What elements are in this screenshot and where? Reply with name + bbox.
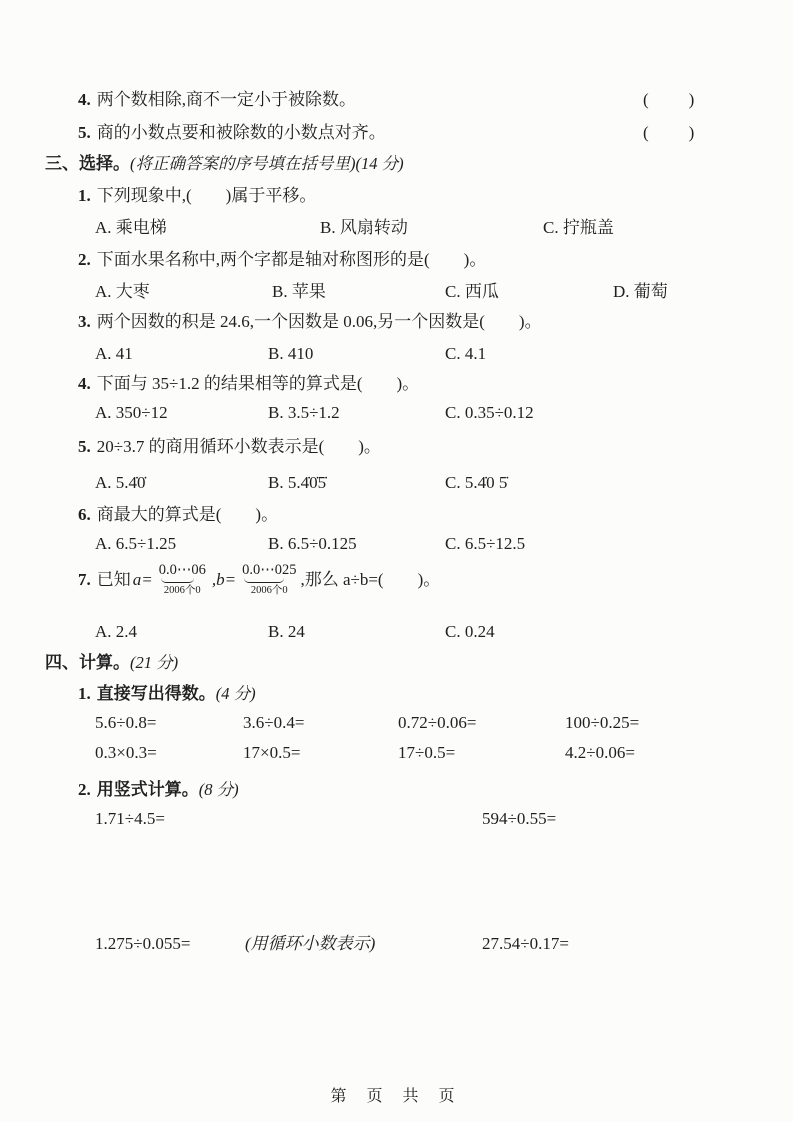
judge-item-5-answer-bracket: ( ) [643,122,696,144]
choice-q1-stem: 1.下列现象中,( )属于平移。 [78,185,316,207]
calc-sub1-number: 1. [78,684,97,703]
section-choice-heading: 三、选择。(将正确答案的序号填在括号里)(14 分) [45,153,404,175]
choice-q6-text: 商最大的算式是( )。 [97,505,278,524]
choice-q2-text: 下面水果名称中,两个字都是轴对称图形的是( )。 [97,250,487,269]
mental-math-item: 100÷0.25= [565,712,639,734]
choice-q2-option-a: A. 大枣 [95,281,150,303]
mental-math-item: 3.6÷0.4= [243,712,304,734]
calc-sub2-title: 用竖式计算。 [97,780,199,799]
calc-sub1-heading: 1.直接写出得数。(4 分) [78,683,256,705]
page-footer: 第 页 共 页 [0,1083,793,1106]
choice-q7-var-b: ,b= [210,569,238,591]
choice-q1-option-c: C. 拧瓶盖 [543,217,614,239]
choice-q4-option-a: A. 350÷12 [95,402,168,424]
section-choice-title: 三、选择。 [45,154,130,173]
choice-q7-option-a: A. 2.4 [95,621,137,643]
choice-q5-option-c: C. 5.4̇0 5̇ [445,472,507,494]
choice-q4-number: 4. [78,374,97,393]
judge-item-5-number: 5. [78,123,97,142]
choice-q7-number: 7. [78,569,97,591]
underbrace-icon [244,578,284,583]
choice-q7-option-c: C. 0.24 [445,621,495,643]
underbrace-expression-b: 0.0⋯025 2006个0 [242,563,296,597]
vertical-calc-problem-1: 1.71÷4.5= [95,808,165,830]
choice-q5-text: 20÷3.7 的商用循环小数表示是( )。 [97,437,381,456]
choice-q2-number: 2. [78,250,97,269]
judge-item-4-text: 两个数相除,商不一定小于被除数。 [97,90,356,109]
choice-q4-option-c: C. 0.35÷0.12 [445,402,534,424]
underbrace-a-value: 0.0⋯06 [159,563,206,578]
choice-q7-var-a: a= [131,569,155,591]
choice-q5-number: 5. [78,437,97,456]
choice-q5-option-b: B. 5.4̇0̇5̇ [268,472,326,494]
choice-q4-text: 下面与 35÷1.2 的结果相等的算式是( )。 [97,374,419,393]
choice-q4-option-b: B. 3.5÷1.2 [268,402,340,424]
choice-q2-option-b: B. 苹果 [272,281,326,303]
judge-item-4-number: 4. [78,90,97,109]
judge-item-5: 5.商的小数点要和被除数的小数点对齐。 [78,122,386,144]
choice-q3-number: 3. [78,312,97,331]
calc-sub2-heading: 2.用竖式计算。(8 分) [78,779,239,801]
choice-q2-option-d: D. 葡萄 [613,281,668,303]
choice-q7-lead-text: 已知 [97,569,131,591]
mental-math-item: 17÷0.5= [398,742,455,764]
worksheet-page: 4.两个数相除,商不一定小于被除数。 ( ) 5.商的小数点要和被除数的小数点对… [0,0,793,1122]
choice-q3-option-a: A. 41 [95,343,133,365]
underbrace-a-count: 2006个0 [164,585,201,597]
mental-math-item: 17×0.5= [243,742,300,764]
judge-item-4: 4.两个数相除,商不一定小于被除数。 [78,89,356,111]
choice-q3-option-c: C. 4.1 [445,343,486,365]
section-calc-heading: 四、计算。(21 分) [45,652,178,674]
calc-sub1-title: 直接写出得数。 [97,684,216,703]
mental-math-item: 4.2÷0.06= [565,742,635,764]
choice-q1-option-b: B. 风扇转动 [320,217,408,239]
section-calc-note: (21 分) [130,653,178,672]
mental-math-item: 0.72÷0.06= [398,712,476,734]
vertical-calc-problem-4: 27.54÷0.17= [482,933,569,955]
calc-sub2-points: (8 分) [199,780,239,799]
section-choice-note: (将正确答案的序号填在括号里)(14 分) [130,154,404,173]
choice-q6-number: 6. [78,505,97,524]
choice-q6-option-c: C. 6.5÷12.5 [445,533,525,555]
choice-q3-text: 两个因数的积是 24.6,一个因数是 0.06,另一个因数是( )。 [97,312,542,331]
choice-q4-stem: 4.下面与 35÷1.2 的结果相等的算式是( )。 [78,373,419,395]
choice-q7-stem: 7. 已知 a= 0.0⋯06 2006个0 ,b= 0.0⋯025 2006个… [78,563,440,597]
choice-q7-option-b: B. 24 [268,621,305,643]
mental-math-item: 5.6÷0.8= [95,712,156,734]
choice-q6-stem: 6.商最大的算式是( )。 [78,504,278,526]
calc-sub1-points: (4 分) [216,684,256,703]
choice-q6-option-a: A. 6.5÷1.25 [95,533,176,555]
vertical-calc-problem-2: 594÷0.55= [482,808,556,830]
choice-q1-number: 1. [78,186,97,205]
vertical-calc-problem-3: 1.275÷0.055= [95,933,190,955]
choice-q6-option-b: B. 6.5÷0.125 [268,533,357,555]
choice-q3-stem: 3.两个因数的积是 24.6,一个因数是 0.06,另一个因数是( )。 [78,311,542,333]
choice-q5-stem: 5.20÷3.7 的商用循环小数表示是( )。 [78,436,381,458]
section-calc-title: 四、计算。 [45,653,130,672]
choice-q1-option-a: A. 乘电梯 [95,217,167,239]
underbrace-b-count: 2006个0 [251,585,288,597]
underbrace-b-value: 0.0⋯025 [242,563,296,578]
choice-q1-text: 下列现象中,( )属于平移。 [97,186,317,205]
judge-item-5-text: 商的小数点要和被除数的小数点对齐。 [97,123,386,142]
choice-q7-tail-text: ,那么 a÷b=( )。 [300,569,440,591]
judge-item-4-answer-bracket: ( ) [643,89,696,111]
choice-q5-option-a: A. 5.4̇0̇ [95,472,146,494]
underbrace-expression-a: 0.0⋯06 2006个0 [159,563,206,597]
calc-sub2-number: 2. [78,780,97,799]
mental-math-item: 0.3×0.3= [95,742,157,764]
choice-q2-option-c: C. 西瓜 [445,281,499,303]
choice-q3-option-b: B. 410 [268,343,313,365]
vertical-calc-problem-3-note: (用循环小数表示) [245,933,375,955]
choice-q2-stem: 2.下面水果名称中,两个字都是轴对称图形的是( )。 [78,249,486,271]
underbrace-icon [161,578,194,583]
